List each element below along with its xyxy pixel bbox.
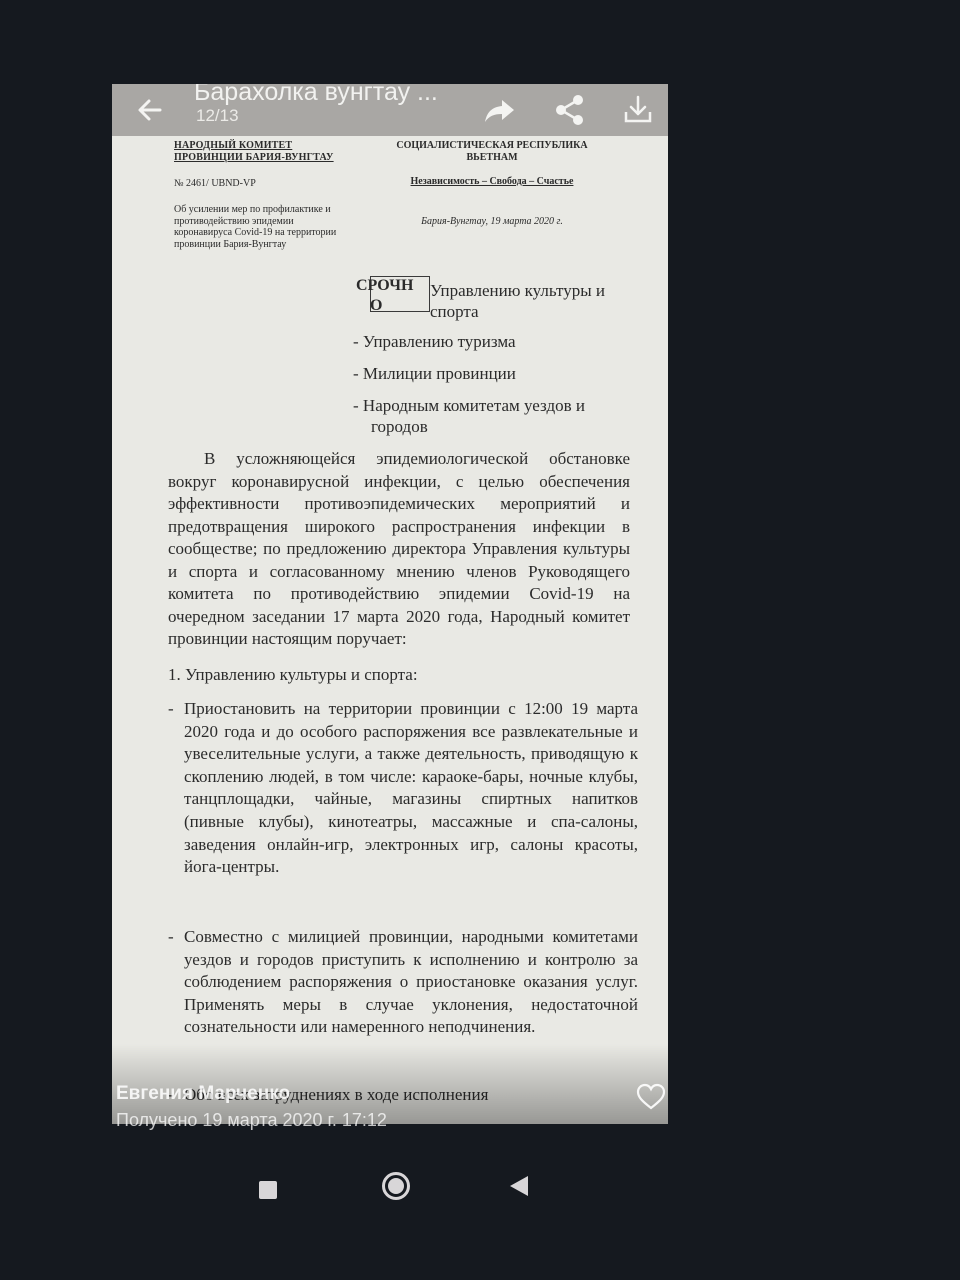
- recipient-line: - Народным комитетам уездов и: [353, 395, 633, 416]
- bullet-item: - Совместно с милицией провинции, народн…: [168, 926, 638, 1039]
- bullet-text: Совместно с милицией провинции, народным…: [168, 926, 638, 1039]
- recipient-line-cont: городов: [353, 416, 633, 437]
- image-viewer: Барахолка вунгтау ... 12/13 НАРОДНЫЙ КОМ…: [112, 84, 668, 1124]
- item-heading: 1. Управлению культуры и спорта:: [168, 664, 630, 687]
- republic-block: СОЦИАЛИСТИЧЕСКАЯ РЕСПУБЛИКА ВЬЕТНАМ Неза…: [378, 140, 606, 228]
- republic-line1: СОЦИАЛИСТИЧЕСКАЯ РЕСПУБЛИКА: [378, 140, 606, 152]
- motto: Независимость – Свобода – Счастье: [378, 176, 606, 188]
- document-number: № 2461/ UBND-VP: [174, 178, 354, 190]
- document-subject: Об усилении мер по профилактике и против…: [174, 204, 354, 250]
- intro-paragraph: В усложняющейся эпидемиологической обста…: [168, 448, 630, 651]
- issuer-block: НАРОДНЫЙ КОМИТЕТ ПРОВИНЦИИ БАРИЯ-ВУНГТАУ…: [174, 140, 354, 250]
- app-bar: Барахолка вунгтау ... 12/13: [112, 84, 668, 136]
- recent-apps-icon[interactable]: [259, 1181, 277, 1199]
- back-triangle-icon[interactable]: [510, 1176, 528, 1196]
- arrow-left-icon[interactable]: [134, 94, 166, 126]
- recipient-item: Управлению культуры и спорта: [430, 280, 635, 322]
- bullet-dash: -: [168, 926, 174, 949]
- place-date: Бария-Вунгтау, 19 марта 2020 г.: [378, 216, 606, 228]
- bullet-item: - Приостановить на территории провинции …: [168, 698, 638, 879]
- bullet-dash: -: [168, 698, 174, 721]
- image-counter: 12/13: [196, 106, 239, 126]
- recipient-item: - Управлению туризма: [353, 331, 516, 352]
- urgent-stamp: СРОЧН О: [356, 276, 426, 316]
- system-nav-bar: [0, 1160, 960, 1220]
- issuer-org-line2: ПРОВИНЦИИ БАРИЯ-ВУНГТАУ: [174, 152, 354, 164]
- heart-outline-icon[interactable]: [636, 1083, 666, 1111]
- chat-title: Барахолка вунгтау ...: [194, 84, 438, 107]
- recipient-item: - Милиции провинции: [353, 363, 516, 384]
- home-icon[interactable]: [382, 1172, 410, 1200]
- received-timestamp: Получено 19 марта 2020 г. 17:12: [116, 1110, 387, 1131]
- issuer-org-line1: НАРОДНЫЙ КОМИТЕТ: [174, 140, 354, 152]
- republic-line2: ВЬЕТНАМ: [378, 152, 606, 164]
- recipient-item: - Народным комитетам уездов и городов: [353, 395, 633, 437]
- download-icon[interactable]: [620, 92, 656, 128]
- issuer-org: НАРОДНЫЙ КОМИТЕТ ПРОВИНЦИИ БАРИЯ-ВУНГТАУ: [174, 140, 354, 164]
- urgent-line1: СРОЧН: [356, 276, 426, 296]
- bullet-text: Приостановить на территории провинции с …: [168, 698, 638, 879]
- share-icon[interactable]: [552, 92, 588, 128]
- urgent-line2: О: [356, 296, 426, 316]
- republic-name: СОЦИАЛИСТИЧЕСКАЯ РЕСПУБЛИКА ВЬЕТНАМ: [378, 140, 606, 164]
- sender-name: Евгения Марченко: [116, 1083, 290, 1105]
- forward-arrow-icon[interactable]: [482, 92, 518, 128]
